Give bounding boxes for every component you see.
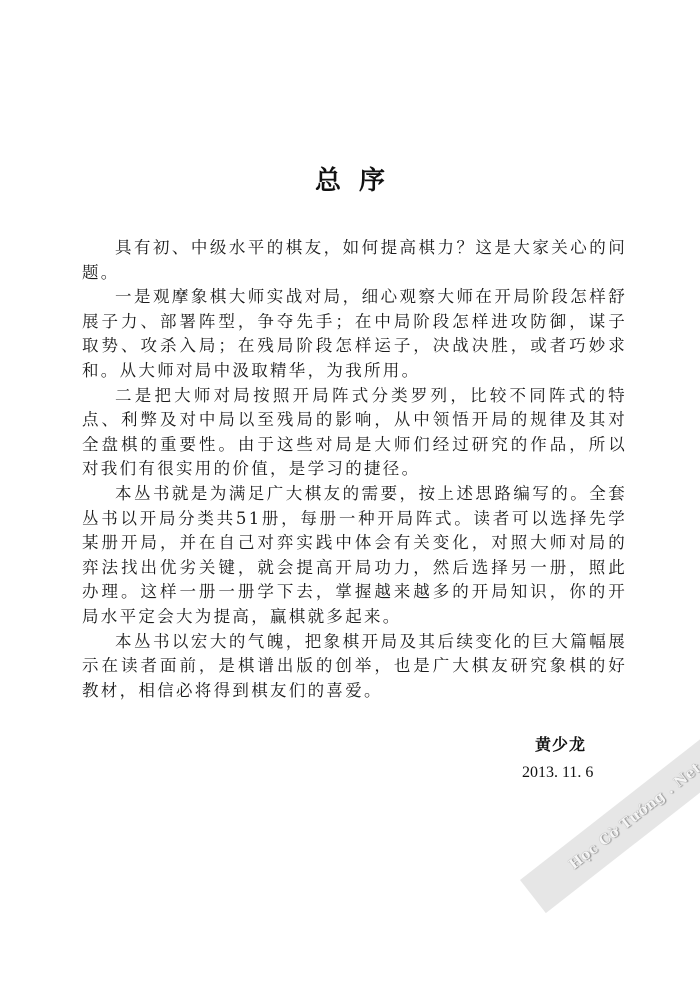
paragraph-3: 二是把大师对局按照开局阵式分类罗列，比较不同阵式的特点、利弊及对中局以至残局的影… [82, 384, 627, 482]
paragraph-4: 本丛书就是为满足广大棋友的需要，按上述思路编写的。全套丛书以开局分类共51册，每… [82, 482, 627, 630]
signature-date: 2013. 11. 6 [522, 764, 593, 782]
paragraph-2: 一是观摩象棋大师实战对局，细心观察大师在开局阶段怎样舒展子力、部署阵型，争夺先手… [82, 285, 627, 383]
paragraph-5: 本丛书以宏大的气魄，把象棋开局及其后续变化的巨大篇幅展示在读者面前，是棋谱出版的… [82, 630, 627, 704]
paragraph-1: 具有初、中级水平的棋友，如何提高棋力？这是大家关心的问题。 [82, 236, 627, 285]
document-page: 总序 具有初、中级水平的棋友，如何提高棋力？这是大家关心的问题。 一是观摩象棋大… [0, 0, 700, 986]
author-name: 黄少龙 [535, 732, 586, 755]
preface-body: 具有初、中级水平的棋友，如何提高棋力？这是大家关心的问题。 一是观摩象棋大师实战… [82, 236, 627, 703]
page-title: 总序 [0, 160, 700, 197]
